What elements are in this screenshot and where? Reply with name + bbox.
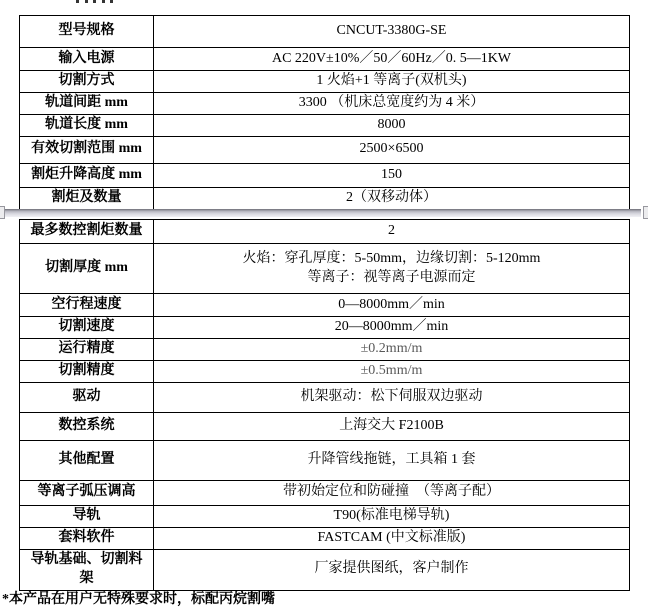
spec-value: ±0.5mm/m — [154, 360, 630, 382]
spec-value: FASTCAM (中文标准版) — [154, 527, 630, 549]
spec-label: 有效切割范围 mm — [20, 136, 154, 163]
table-row: 轨道间距 mm 3300 （机床总宽度约为 4 米） — [20, 93, 630, 115]
spec-value: 2 — [154, 220, 630, 244]
table-row: 轨道长度 mm 8000 — [20, 114, 630, 136]
table-row: 割炬升降高度 mm 150 — [20, 163, 630, 187]
spec-label: 空行程速度 — [20, 294, 154, 317]
spec-label: 切割精度 — [20, 360, 154, 382]
table-row: 导轨基础、切割料架 厂家提供图纸，客户制作 — [20, 549, 630, 590]
spec-label: 轨道间距 mm — [20, 93, 154, 115]
spec-value: 1 火焰+1 等离子(双机头) — [154, 71, 630, 93]
table-row: 型号规格 CNCUT-3380G-SE — [20, 16, 630, 48]
table-row: 导轨 T90(标准电梯导轨) — [20, 505, 630, 527]
spec-label: 轨道长度 mm — [20, 114, 154, 136]
spec-value-line: 等离子：视等离子电源而定 — [159, 269, 624, 288]
spec-value: 0—8000mm／min — [154, 294, 630, 317]
spec-label: 输入电源 — [20, 48, 154, 71]
spec-value: 3300 （机床总宽度约为 4 米） — [154, 93, 630, 115]
spec-table-bottom: 最多数控割炬数量 2 切割厚度 mm 火焰：穿孔厚度：5-50mm，边缘切割：5… — [19, 219, 630, 591]
table-row: 套料软件 FASTCAM (中文标准版) — [20, 527, 630, 549]
spec-label: 最多数控割炬数量 — [20, 220, 154, 244]
section-divider — [0, 206, 648, 220]
table-row: 数控系统 上海交大 F2100B — [20, 412, 630, 440]
spec-label: 套料软件 — [20, 527, 154, 549]
clipped-text-fragment — [76, 0, 116, 3]
table-row: 驱动 机架驱动：松下伺服双边驱动 — [20, 382, 630, 412]
table-row: 切割厚度 mm 火焰：穿孔厚度：5-50mm，边缘切割：5-120mm 等离子：… — [20, 244, 630, 294]
spec-table-top: 型号规格 CNCUT-3380G-SE 输入电源 AC 220V±10%／50／… — [19, 15, 630, 210]
spec-label: 等离子弧压调高 — [20, 480, 154, 505]
spec-value: 2500×6500 — [154, 136, 630, 163]
table-row: 最多数控割炬数量 2 — [20, 220, 630, 244]
spec-value: 机架驱动：松下伺服双边驱动 — [154, 382, 630, 412]
table-row: 切割速度 20—8000mm／min — [20, 317, 630, 339]
spec-label: 驱动 — [20, 382, 154, 412]
table-row: 有效切割范围 mm 2500×6500 — [20, 136, 630, 163]
divider-right-handle — [643, 206, 648, 219]
spec-label: 导轨 — [20, 505, 154, 527]
spec-label: 型号规格 — [20, 16, 154, 48]
table-row: 切割精度 ±0.5mm/m — [20, 360, 630, 382]
spec-label: 切割方式 — [20, 71, 154, 93]
table-row: 等离子弧压调高 带初始定位和防碰撞 （等离子配） — [20, 480, 630, 505]
spec-value: T90(标准电梯导轨) — [154, 505, 630, 527]
spec-value: ±0.2mm/m — [154, 339, 630, 361]
spec-value: 厂家提供图纸，客户制作 — [154, 549, 630, 590]
spec-label: 切割厚度 mm — [20, 244, 154, 294]
table-row: 切割方式 1 火焰+1 等离子(双机头) — [20, 71, 630, 93]
spec-value: CNCUT-3380G-SE — [154, 16, 630, 48]
spec-label: 数控系统 — [20, 412, 154, 440]
divider-bar — [5, 209, 641, 217]
spec-value: 上海交大 F2100B — [154, 412, 630, 440]
spec-value: 升降管线拖链，工具箱 1 套 — [154, 440, 630, 480]
spec-label: 切割速度 — [20, 317, 154, 339]
spec-value: 8000 — [154, 114, 630, 136]
spec-value: AC 220V±10%／50／60Hz／0. 5—1KW — [154, 48, 630, 71]
table-row: 运行精度 ±0.2mm/m — [20, 339, 630, 361]
spec-label: 其他配置 — [20, 440, 154, 480]
table-row: 其他配置 升降管线拖链，工具箱 1 套 — [20, 440, 630, 480]
spec-value: 带初始定位和防碰撞 （等离子配） — [154, 480, 630, 505]
footnote: *本产品在用户无特殊要求时，标配丙烷割嘴 — [2, 588, 275, 608]
spec-label: 割炬升降高度 mm — [20, 163, 154, 187]
spec-value: 20—8000mm／min — [154, 317, 630, 339]
spec-label: 导轨基础、切割料架 — [20, 549, 154, 590]
spec-value-line: 火焰：穿孔厚度：5-50mm，边缘切割：5-120mm — [159, 250, 624, 269]
spec-label: 运行精度 — [20, 339, 154, 361]
spec-value: 150 — [154, 163, 630, 187]
table-row: 输入电源 AC 220V±10%／50／60Hz／0. 5—1KW — [20, 48, 630, 71]
spec-value: 火焰：穿孔厚度：5-50mm，边缘切割：5-120mm 等离子：视等离子电源而定 — [154, 244, 630, 294]
table-row: 空行程速度 0—8000mm／min — [20, 294, 630, 317]
